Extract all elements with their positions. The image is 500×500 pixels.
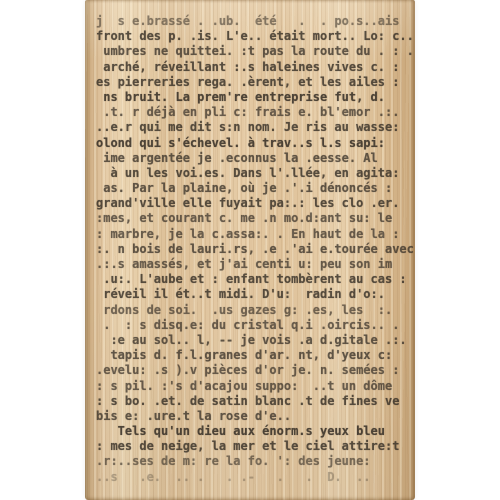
- stamp-text-line: bis e: .ure.t la rose d'e..: [96, 409, 413, 424]
- stamp-text-line: .t. r déjà en pli c: frais e. bl'emor .:…: [96, 105, 413, 120]
- stamp-text-line: : marbre, je la c.assa:. . En haut de la…: [96, 227, 413, 242]
- stamp-text-line: tapis d. f.l.granes d'ar. nt, d'yeux c:: [96, 348, 413, 363]
- stamp-text-line: : mes de neige, la mer et le ciel attire…: [96, 439, 413, 454]
- stamp-text-line: .:.s amassés, et j'ai centi u: peu son i…: [96, 257, 413, 272]
- stamp-text-line: .evelu: .s ).v pièces d'or je. n. semées…: [96, 363, 413, 378]
- stamp-text-line: :. n bois de lauri.rs, .e .'ai e.tourée …: [96, 242, 413, 257]
- stamp-text-line: as. Par la plaine, où je .'.i dénoncés :: [96, 181, 413, 196]
- stamp-text-line: réveil il ét..t midi. D'u: radin d'o:.: [96, 287, 413, 302]
- stamp-text-line: : s pil. :'s d'acajou suppo: ..t un dôme: [96, 379, 413, 394]
- stamp-text-line: front des p. .is. L'e.. était mort.. Lo:…: [96, 29, 413, 44]
- stamp-text-line: arché, réveillant :.s haleines vives c. …: [96, 60, 413, 75]
- stamp-text-line: . : s disq.e: du cristal q.i .oircis.. .: [96, 318, 413, 333]
- stamp-text-line: j s e.brassé . .ub. été . . po.s..ais: [96, 14, 413, 29]
- stamp-text-line: ns bruit. La prem're entreprise fut, d.: [96, 90, 413, 105]
- stamp-text-line: :e au sol.. l, -- je vois .a d.gitale .:…: [96, 333, 413, 348]
- stamp-text-line: : s bo. .et. de satin blanc .t de fines …: [96, 394, 413, 409]
- stamped-french-text: j s e.brassé . .ub. été . . po.s..aisfro…: [96, 14, 413, 485]
- stamp-text-line: umbres ne quittei. :t pas la route du . …: [96, 44, 413, 59]
- stamp-text-line: ..e.r qui me dit s:n nom. Je ris au wass…: [96, 120, 413, 135]
- stamp-text-line: ime argentée je .econnus la .eesse. Al: [96, 151, 413, 166]
- stamp-text-line: à un les voi.es. Dans l'.llée, en agita:: [96, 166, 413, 181]
- stamp-text-line: :mes, et courant c. me .n mo.d:ant su: l…: [96, 211, 413, 226]
- wood-stamp-block: j s e.brassé . .ub. été . . po.s..aisfro…: [85, 0, 415, 500]
- stamp-text-line: Tels qu'un dieu aux énorm.s yeux bleu: [96, 424, 413, 439]
- stamp-text-line: es pierreries rega. .èrent, et les ailes…: [96, 75, 413, 90]
- stamp-text-line: ..s .e. .. . . .- . . D. ..: [96, 470, 413, 485]
- stamp-text-line: grand'ville elle fuyait pa:.: les clo .e…: [96, 196, 413, 211]
- stamp-text-line: .u:. L'aube et : enfant tombèrent au cas…: [96, 272, 413, 287]
- stamp-text-line: olond qui s'échevel. à trav..s l.s sapi:: [96, 136, 413, 151]
- stamp-text-line: rdons de soi. .us gazes g: .es, les :.: [96, 303, 413, 318]
- stamp-text-line: .r:..ses de m: re la fo. ': des jeune:: [96, 454, 413, 469]
- product-photo: j s e.brassé . .ub. été . . po.s..aisfro…: [0, 0, 500, 500]
